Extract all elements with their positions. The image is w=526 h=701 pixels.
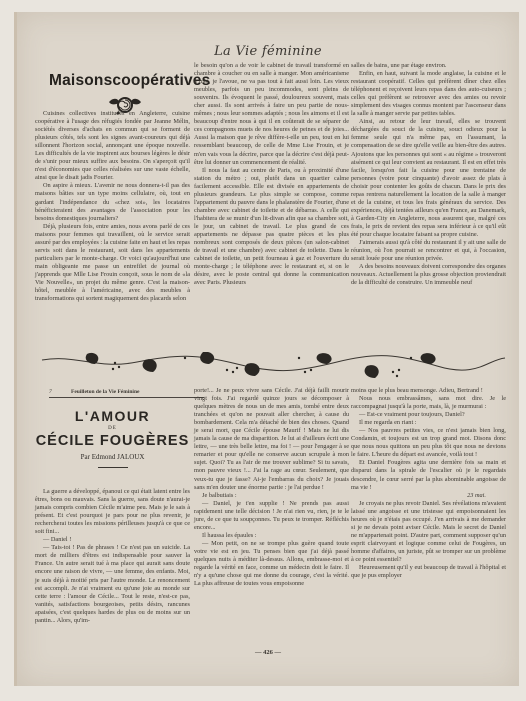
vine-divider-icon xyxy=(37,352,507,382)
paragraph: A des besoins nouveaux doivent correspon… xyxy=(351,263,506,287)
paragraph: On aspire à mieux. L'avenir ne nous donn… xyxy=(35,182,190,222)
paragraph: Enfin, en haut, suivant la mode anglaise… xyxy=(351,70,506,118)
story-title-line1: L'AMOUR xyxy=(35,408,190,424)
document-page: La Vie féminine Maisons coopératives Cui… xyxy=(14,12,519,686)
paragraph: — Nos pauvres petites vies, ce n'est jam… xyxy=(351,427,506,459)
paragraph: La guerre a développé, épanoui ce qui ét… xyxy=(35,488,190,536)
feuilleton-header: 7 Feuilleton de la Vie Féminine xyxy=(49,389,204,398)
date-line: 23 mai. xyxy=(351,492,506,500)
paragraph: J'aimerais aussi qu'à côté du restaurant… xyxy=(351,239,506,263)
paragraph: Déjà, plusieurs fois, entre amies, nous … xyxy=(35,223,190,303)
story-title-line2: CÉCILE FOUGÈRES xyxy=(35,433,190,449)
article-column-1: Cuisines collectives instituées en Angle… xyxy=(35,110,190,303)
story-title-de: DE xyxy=(35,426,190,431)
story-byline: Par Edmond JALOUX xyxy=(35,453,190,461)
article-title-word1: Maisons xyxy=(49,72,112,90)
article-column-3: salles de bains, une par étage environ. … xyxy=(351,62,506,287)
paragraph: moins que le plus beau mensonge. Adieu, … xyxy=(351,387,506,395)
paragraph: Je balbutiais : xyxy=(194,492,349,500)
story-heading: L'AMOUR DE CÉCILE FOUGÈRES Par Edmond JA… xyxy=(35,408,190,468)
paragraph: salles de bains, une par étage environ. xyxy=(351,62,506,70)
story-column-3: moins que le plus beau mensonge. Adieu, … xyxy=(351,387,506,580)
paragraph: — Daniel ! xyxy=(35,536,190,544)
masthead: La Vie féminine xyxy=(17,44,519,59)
heading-rule xyxy=(98,467,128,468)
paragraph: Cuisines collectives instituées en Angle… xyxy=(35,110,190,182)
story-column-2: porte!... Je ne peux vivre sans Cécile. … xyxy=(194,387,349,588)
paragraph: — Tais-toi ! Pas de phrases ! Ce n'est p… xyxy=(35,544,190,624)
paragraph: Heureusement qu'il y eut beaucoup de tra… xyxy=(351,564,506,580)
feuilleton-label: Feuilleton de la Vie Féminine xyxy=(71,389,139,395)
paragraph: Et Daniel Fougères agita une dernière fo… xyxy=(351,459,506,491)
paragraph: Ainsi, au retour de leur travail, elles … xyxy=(351,118,506,239)
paragraph: — Mon petit, on ne se trompe plus guère … xyxy=(194,540,349,588)
paragraph: — Est-ce vraiment pour toujours, Daniel? xyxy=(351,411,506,419)
paragraph: le besoin qu'on a de voir le cabinet de … xyxy=(194,62,349,167)
article-column-2: le besoin qu'on a de voir le cabinet de … xyxy=(194,62,349,287)
paragraph: Il haussa les épaules : xyxy=(194,532,349,540)
article-title: Maisons coopératives xyxy=(49,72,204,90)
paragraph: Il nous la faut au centre de Paris, ou à… xyxy=(194,167,349,288)
paragraph: Je croyais ne plus revoir Daniel. Ses ré… xyxy=(351,500,506,564)
paragraph: Il me regarda en riant : xyxy=(351,419,506,427)
page-number: — 426 — xyxy=(17,649,519,656)
paragraph: Nous nous embrassâmes, sans mot dire. Je… xyxy=(351,395,506,411)
feuilleton-number: 7 xyxy=(49,389,71,395)
paragraph: — Daniel, je t'en supplie ! Ne prends pa… xyxy=(194,500,349,532)
paragraph: porte!... Je ne peux vivre sans Cécile. … xyxy=(194,387,349,492)
story-column-1: La guerre a développé, épanoui ce qui ét… xyxy=(35,488,190,625)
